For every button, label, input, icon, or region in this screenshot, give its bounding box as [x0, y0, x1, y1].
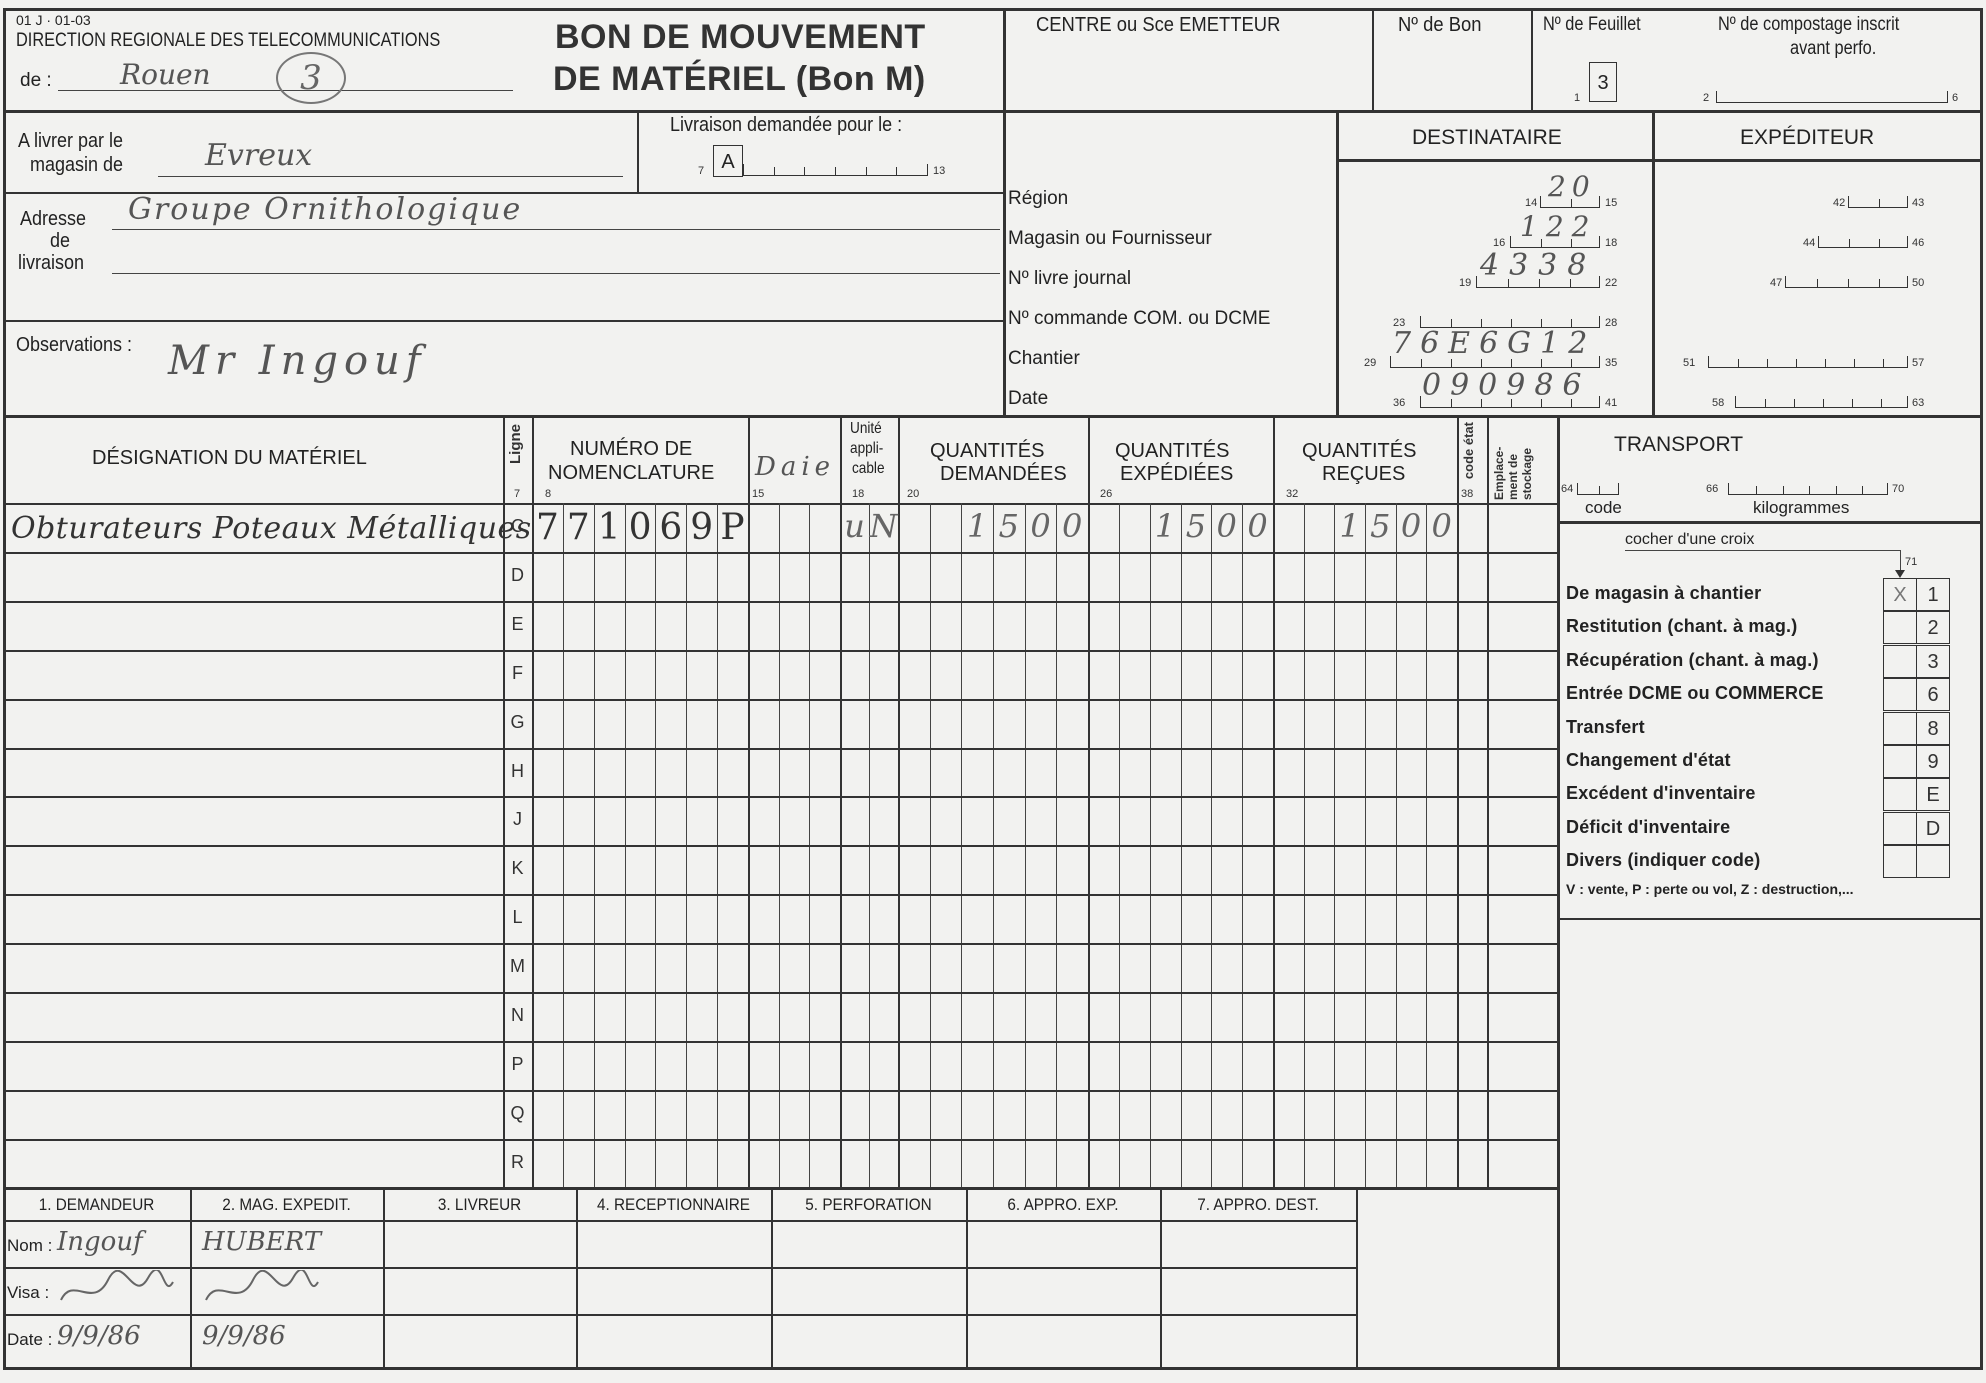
unite-cell[interactable]: [869, 605, 898, 648]
nomenclature-cell[interactable]: [563, 800, 594, 843]
nomenclature-cell[interactable]: [717, 800, 748, 843]
qte-recues-cell[interactable]: [1396, 556, 1427, 599]
signature-visa-field[interactable]: [391, 1270, 572, 1312]
col15-cell[interactable]: [779, 605, 810, 648]
col15-cell[interactable]: [779, 752, 810, 795]
qte-recues-cell[interactable]: [1396, 1045, 1427, 1088]
nomenclature-cell[interactable]: [594, 1045, 625, 1088]
qte-expediees-cell[interactable]: [1242, 1045, 1273, 1088]
qte-demandees-cell[interactable]: [898, 752, 930, 795]
code-etat-cell[interactable]: [1459, 603, 1486, 648]
qte-recues-cell[interactable]: [1365, 849, 1396, 892]
emplacement-cell[interactable]: [1489, 652, 1555, 697]
nomenclature-cell[interactable]: [594, 556, 625, 599]
unite-cell[interactable]: [869, 849, 898, 892]
col15-cell[interactable]: [748, 947, 779, 990]
col15-cell[interactable]: [748, 800, 779, 843]
livre-journal-exp-field[interactable]: [1785, 276, 1908, 288]
emplacement-cell[interactable]: [1489, 896, 1555, 941]
qte-expediees-cell[interactable]: 0: [1211, 507, 1242, 550]
designation-field[interactable]: [5, 896, 501, 941]
code-etat-cell[interactable]: [1459, 750, 1486, 795]
qte-expediees-cell[interactable]: [1242, 752, 1273, 795]
no-bon-field[interactable]: [1375, 40, 1529, 108]
qte-recues-cell[interactable]: [1334, 800, 1365, 843]
qte-demandees-cell[interactable]: [961, 654, 993, 697]
nomenclature-cell[interactable]: [686, 996, 717, 1039]
qte-expediees-cell[interactable]: [1181, 1143, 1212, 1186]
col15-cell[interactable]: [809, 556, 840, 599]
transport-option-checkbox[interactable]: [1883, 745, 1917, 778]
qte-demandees-cell[interactable]: [1025, 947, 1057, 990]
qte-recues-cell[interactable]: [1396, 605, 1427, 648]
qte-expediees-cell[interactable]: [1242, 654, 1273, 697]
signature-visa-field[interactable]: [779, 1270, 962, 1312]
qte-expediees-cell[interactable]: [1150, 654, 1181, 697]
signature-date-field[interactable]: [1168, 1317, 1352, 1359]
qte-demandees-cell[interactable]: [961, 1045, 993, 1088]
qte-expediees-cell[interactable]: [1150, 849, 1181, 892]
nomenclature-cell[interactable]: [655, 703, 686, 746]
nomenclature-cell[interactable]: [532, 752, 563, 795]
qte-demandees-cell[interactable]: [898, 1045, 930, 1088]
qte-recues-cell[interactable]: [1273, 1045, 1304, 1088]
qte-expediees-cell[interactable]: [1150, 1045, 1181, 1088]
nomenclature-cell[interactable]: [594, 898, 625, 941]
col15-cell[interactable]: [779, 703, 810, 746]
qte-expediees-cell[interactable]: [1088, 556, 1119, 599]
signature-date-field[interactable]: 9/9/86: [198, 1317, 379, 1359]
qte-demandees-cell[interactable]: [1025, 800, 1057, 843]
unite-cell[interactable]: N: [869, 507, 898, 550]
qte-recues-cell[interactable]: [1304, 556, 1335, 599]
nomenclature-cell[interactable]: [686, 752, 717, 795]
qte-expediees-cell[interactable]: [1211, 1094, 1242, 1137]
signature-visa-field[interactable]: [53, 1270, 186, 1312]
signature-visa-field[interactable]: [584, 1270, 767, 1312]
qte-demandees-cell[interactable]: [961, 556, 993, 599]
qte-recues-cell[interactable]: [1273, 1143, 1304, 1186]
nomenclature-cell[interactable]: [532, 703, 563, 746]
nomenclature-cell[interactable]: [625, 556, 656, 599]
qte-expediees-cell[interactable]: [1211, 1045, 1242, 1088]
nomenclature-cell[interactable]: [686, 654, 717, 697]
unite-cell[interactable]: [840, 1094, 869, 1137]
qte-expediees-cell[interactable]: [1181, 898, 1212, 941]
nomenclature-cell[interactable]: [594, 800, 625, 843]
code-etat-cell[interactable]: [1459, 847, 1486, 892]
nomenclature-cell[interactable]: [686, 947, 717, 990]
col15-cell[interactable]: [779, 898, 810, 941]
qte-recues-cell[interactable]: [1426, 703, 1457, 746]
nomenclature-cell[interactable]: [686, 605, 717, 648]
transport-option-checkbox[interactable]: [1883, 678, 1917, 711]
qte-recues-cell[interactable]: [1334, 947, 1365, 990]
nomenclature-cell[interactable]: [625, 849, 656, 892]
qte-expediees-cell[interactable]: 5: [1181, 507, 1212, 550]
transport-kg-field[interactable]: [1728, 483, 1888, 495]
signature-date-field[interactable]: [974, 1317, 1156, 1359]
qte-expediees-cell[interactable]: [1119, 1045, 1150, 1088]
col15-cell[interactable]: [748, 1094, 779, 1137]
qte-expediees-cell[interactable]: [1150, 556, 1181, 599]
nomenclature-cell[interactable]: [563, 1143, 594, 1186]
date-exp-field[interactable]: [1735, 396, 1908, 408]
qte-expediees-cell[interactable]: [1181, 996, 1212, 1039]
col15-cell[interactable]: [779, 507, 810, 550]
qte-demandees-cell[interactable]: [1056, 947, 1088, 990]
qte-expediees-cell[interactable]: [1211, 1143, 1242, 1186]
designation-field[interactable]: [5, 1092, 501, 1137]
nomenclature-cell[interactable]: [563, 1094, 594, 1137]
qte-demandees-cell[interactable]: [1025, 849, 1057, 892]
transport-option-checkbox[interactable]: [1883, 645, 1917, 678]
nomenclature-cell[interactable]: [655, 996, 686, 1039]
qte-recues-cell[interactable]: [1365, 898, 1396, 941]
emplacement-cell[interactable]: [1489, 945, 1555, 990]
qte-expediees-cell[interactable]: [1119, 898, 1150, 941]
nomenclature-cell[interactable]: [717, 898, 748, 941]
qte-demandees-cell[interactable]: [961, 849, 993, 892]
qte-recues-cell[interactable]: [1304, 507, 1335, 550]
qte-expediees-cell[interactable]: [1181, 605, 1212, 648]
nomenclature-cell[interactable]: [625, 703, 656, 746]
unite-cell[interactable]: [869, 654, 898, 697]
nomenclature-cell[interactable]: [532, 996, 563, 1039]
nomenclature-cell[interactable]: [563, 752, 594, 795]
qte-demandees-cell[interactable]: [993, 605, 1025, 648]
nomenclature-cell[interactable]: [686, 898, 717, 941]
col15-cell[interactable]: [809, 1094, 840, 1137]
qte-demandees-cell[interactable]: 0: [1056, 507, 1088, 550]
qte-demandees-cell[interactable]: [1025, 556, 1057, 599]
nomenclature-cell[interactable]: [686, 556, 717, 599]
nomenclature-cell[interactable]: [594, 1094, 625, 1137]
signature-date-field[interactable]: [391, 1317, 572, 1359]
nomenclature-cell[interactable]: P: [717, 507, 748, 550]
nomenclature-cell[interactable]: [563, 605, 594, 648]
magasin-exp-field[interactable]: [1818, 236, 1908, 248]
nomenclature-cell[interactable]: [532, 898, 563, 941]
col15-cell[interactable]: [779, 1143, 810, 1186]
qte-recues-cell[interactable]: [1365, 556, 1396, 599]
unite-cell[interactable]: [869, 1094, 898, 1137]
qte-expediees-cell[interactable]: [1211, 947, 1242, 990]
qte-expediees-cell[interactable]: [1088, 1143, 1119, 1186]
nomenclature-cell[interactable]: [625, 898, 656, 941]
unite-cell[interactable]: [869, 947, 898, 990]
nomenclature-cell[interactable]: [686, 849, 717, 892]
qte-demandees-cell[interactable]: [1056, 1143, 1088, 1186]
qte-demandees-cell[interactable]: [993, 996, 1025, 1039]
nomenclature-cell[interactable]: [717, 947, 748, 990]
qte-demandees-cell[interactable]: [1056, 605, 1088, 648]
nomenclature-cell[interactable]: [717, 1094, 748, 1137]
nomenclature-cell[interactable]: [532, 1045, 563, 1088]
qte-recues-cell[interactable]: [1273, 849, 1304, 892]
qte-recues-cell[interactable]: [1273, 654, 1304, 697]
qte-demandees-cell[interactable]: [930, 898, 962, 941]
designation-field[interactable]: [5, 1141, 501, 1186]
qte-recues-cell[interactable]: [1365, 605, 1396, 648]
qte-expediees-cell[interactable]: [1211, 654, 1242, 697]
nomenclature-cell[interactable]: [594, 703, 625, 746]
nomenclature-cell[interactable]: [625, 947, 656, 990]
qte-recues-cell[interactable]: [1273, 752, 1304, 795]
unite-cell[interactable]: [869, 996, 898, 1039]
qte-expediees-cell[interactable]: [1119, 947, 1150, 990]
qte-expediees-cell[interactable]: [1088, 605, 1119, 648]
signature-visa-field[interactable]: [1168, 1270, 1352, 1312]
nomenclature-cell[interactable]: [532, 654, 563, 697]
nomenclature-cell[interactable]: [563, 898, 594, 941]
nomenclature-cell[interactable]: [532, 849, 563, 892]
qte-recues-cell[interactable]: [1365, 1143, 1396, 1186]
qte-demandees-cell[interactable]: [1025, 703, 1057, 746]
unite-cell[interactable]: [840, 947, 869, 990]
de-field[interactable]: Rouen: [120, 58, 211, 91]
unite-cell[interactable]: [840, 996, 869, 1039]
qte-expediees-cell[interactable]: [1211, 849, 1242, 892]
col15-cell[interactable]: [809, 654, 840, 697]
signature-visa-field[interactable]: [198, 1270, 379, 1312]
qte-demandees-cell[interactable]: [961, 800, 993, 843]
qte-demandees-cell[interactable]: [993, 1094, 1025, 1137]
designation-field[interactable]: [5, 750, 501, 795]
nomenclature-cell[interactable]: [717, 1045, 748, 1088]
designation-field[interactable]: [5, 994, 501, 1039]
qte-demandees-cell[interactable]: [930, 849, 962, 892]
nomenclature-cell[interactable]: [717, 849, 748, 892]
nomenclature-cell[interactable]: [532, 800, 563, 843]
col15-cell[interactable]: [809, 507, 840, 550]
nomenclature-cell[interactable]: [532, 947, 563, 990]
nomenclature-cell[interactable]: [563, 947, 594, 990]
qte-demandees-cell[interactable]: [1025, 654, 1057, 697]
qte-demandees-cell[interactable]: [1056, 654, 1088, 697]
qte-demandees-cell[interactable]: [961, 996, 993, 1039]
col15-cell[interactable]: [748, 507, 779, 550]
qte-recues-cell[interactable]: [1304, 800, 1335, 843]
unite-cell[interactable]: [869, 703, 898, 746]
nomenclature-cell[interactable]: 1: [594, 507, 625, 550]
qte-demandees-cell[interactable]: [1056, 1045, 1088, 1088]
qte-expediees-cell[interactable]: 1: [1150, 507, 1181, 550]
qte-demandees-cell[interactable]: [898, 556, 930, 599]
qte-demandees-cell[interactable]: [1056, 849, 1088, 892]
qte-expediees-cell[interactable]: [1242, 800, 1273, 843]
qte-expediees-cell[interactable]: [1181, 1045, 1212, 1088]
unite-cell[interactable]: [840, 1143, 869, 1186]
qte-demandees-cell[interactable]: [1025, 1094, 1057, 1137]
emplacement-cell[interactable]: [1489, 847, 1555, 892]
qte-recues-cell[interactable]: [1304, 1045, 1335, 1088]
nomenclature-cell[interactable]: 7: [532, 507, 563, 550]
qte-recues-cell[interactable]: [1365, 703, 1396, 746]
nomenclature-cell[interactable]: [686, 1045, 717, 1088]
qte-demandees-cell[interactable]: [993, 1045, 1025, 1088]
emplacement-cell[interactable]: [1489, 798, 1555, 843]
code-etat-cell[interactable]: [1459, 554, 1486, 599]
qte-demandees-cell[interactable]: [993, 849, 1025, 892]
qte-demandees-cell[interactable]: [993, 898, 1025, 941]
nomenclature-cell[interactable]: [686, 703, 717, 746]
signature-nom-field[interactable]: [1168, 1223, 1352, 1265]
adresse-livraison-field[interactable]: Groupe Ornithologique: [128, 192, 522, 227]
nomenclature-cell[interactable]: [717, 556, 748, 599]
col15-cell[interactable]: [779, 654, 810, 697]
qte-recues-cell[interactable]: [1334, 1143, 1365, 1186]
nomenclature-cell[interactable]: [625, 605, 656, 648]
qte-demandees-cell[interactable]: [1025, 1143, 1057, 1186]
unite-cell[interactable]: [840, 556, 869, 599]
nomenclature-cell[interactable]: [563, 654, 594, 697]
nomenclature-cell[interactable]: [594, 605, 625, 648]
col15-cell[interactable]: [779, 1094, 810, 1137]
qte-demandees-cell[interactable]: [1056, 800, 1088, 843]
signature-date-field[interactable]: [779, 1317, 962, 1359]
qte-expediees-cell[interactable]: [1242, 898, 1273, 941]
qte-recues-cell[interactable]: [1426, 752, 1457, 795]
qte-recues-cell[interactable]: [1273, 605, 1304, 648]
qte-demandees-cell[interactable]: [1025, 898, 1057, 941]
transport-option-checkbox[interactable]: [1883, 778, 1917, 811]
qte-demandees-cell[interactable]: [898, 1143, 930, 1186]
nomenclature-cell[interactable]: [717, 605, 748, 648]
qte-expediees-cell[interactable]: [1119, 752, 1150, 795]
col15-cell[interactable]: [779, 556, 810, 599]
qte-expediees-cell[interactable]: [1242, 947, 1273, 990]
nomenclature-cell[interactable]: [655, 1094, 686, 1137]
qte-recues-cell[interactable]: [1426, 996, 1457, 1039]
qte-demandees-cell[interactable]: [930, 800, 962, 843]
qte-recues-cell[interactable]: [1334, 752, 1365, 795]
qte-demandees-cell[interactable]: [898, 703, 930, 746]
nomenclature-cell[interactable]: 6: [655, 507, 686, 550]
qte-demandees-cell[interactable]: [993, 1143, 1025, 1186]
col15-cell[interactable]: [779, 996, 810, 1039]
qte-expediees-cell[interactable]: [1088, 752, 1119, 795]
qte-expediees-cell[interactable]: [1150, 1143, 1181, 1186]
qte-demandees-cell[interactable]: [1025, 752, 1057, 795]
unite-cell[interactable]: u: [840, 507, 869, 550]
centre-emetteur-field[interactable]: [1006, 40, 1370, 108]
qte-demandees-cell[interactable]: [898, 507, 930, 550]
nomenclature-cell[interactable]: [655, 947, 686, 990]
code-etat-cell[interactable]: [1459, 896, 1486, 941]
qte-demandees-cell[interactable]: [930, 947, 962, 990]
qte-recues-cell[interactable]: [1426, 1143, 1457, 1186]
qte-demandees-cell[interactable]: [898, 996, 930, 1039]
qte-demandees-cell[interactable]: [1025, 996, 1057, 1039]
qte-demandees-cell[interactable]: [961, 947, 993, 990]
col15-cell[interactable]: [748, 654, 779, 697]
qte-expediees-cell[interactable]: [1150, 996, 1181, 1039]
col15-cell[interactable]: [779, 947, 810, 990]
signature-visa-field[interactable]: [974, 1270, 1156, 1312]
qte-expediees-cell[interactable]: [1119, 849, 1150, 892]
col15-cell[interactable]: [809, 752, 840, 795]
nomenclature-cell[interactable]: [532, 1094, 563, 1137]
qte-expediees-cell[interactable]: [1181, 1094, 1212, 1137]
qte-recues-cell[interactable]: [1426, 849, 1457, 892]
nomenclature-cell[interactable]: [563, 1045, 594, 1088]
col15-cell[interactable]: [748, 996, 779, 1039]
col15-cell[interactable]: [779, 800, 810, 843]
transport-option-checkbox[interactable]: [1883, 611, 1917, 644]
qte-recues-cell[interactable]: [1396, 654, 1427, 697]
qte-recues-cell[interactable]: [1304, 849, 1335, 892]
feuillet-field[interactable]: 3: [1589, 62, 1617, 102]
qte-demandees-cell[interactable]: [1056, 1094, 1088, 1137]
unite-cell[interactable]: [840, 800, 869, 843]
nomenclature-cell[interactable]: [563, 849, 594, 892]
qte-expediees-cell[interactable]: [1211, 800, 1242, 843]
qte-expediees-cell[interactable]: [1088, 800, 1119, 843]
qte-recues-cell[interactable]: 0: [1396, 507, 1427, 550]
qte-demandees-cell[interactable]: [898, 800, 930, 843]
col15-cell[interactable]: [748, 752, 779, 795]
livrer-magasin-field[interactable]: Evreux: [205, 138, 312, 173]
qte-recues-cell[interactable]: [1426, 947, 1457, 990]
qte-demandees-cell[interactable]: [1025, 605, 1057, 648]
nomenclature-cell[interactable]: 7: [563, 507, 594, 550]
qte-expediees-cell[interactable]: [1181, 654, 1212, 697]
qte-expediees-cell[interactable]: [1119, 1094, 1150, 1137]
nomenclature-cell[interactable]: [625, 1045, 656, 1088]
qte-recues-cell[interactable]: 1: [1334, 507, 1365, 550]
qte-expediees-cell[interactable]: [1150, 947, 1181, 990]
qte-expediees-cell[interactable]: [1119, 800, 1150, 843]
qte-recues-cell[interactable]: [1426, 556, 1457, 599]
nomenclature-cell[interactable]: [594, 849, 625, 892]
transport-option-checkbox[interactable]: [1883, 812, 1917, 845]
qte-demandees-cell[interactable]: [930, 703, 962, 746]
nomenclature-cell[interactable]: [625, 1143, 656, 1186]
qte-expediees-cell[interactable]: [1119, 996, 1150, 1039]
code-etat-cell[interactable]: [1459, 701, 1486, 746]
qte-recues-cell[interactable]: 5: [1365, 507, 1396, 550]
qte-expediees-cell[interactable]: [1150, 605, 1181, 648]
qte-demandees-cell[interactable]: 0: [1025, 507, 1057, 550]
emplacement-cell[interactable]: [1489, 1141, 1555, 1186]
qte-expediees-cell[interactable]: [1181, 800, 1212, 843]
col15-cell[interactable]: [809, 898, 840, 941]
qte-expediees-cell[interactable]: [1211, 556, 1242, 599]
qte-recues-cell[interactable]: [1273, 898, 1304, 941]
qte-recues-cell[interactable]: [1426, 605, 1457, 648]
signature-date-field[interactable]: [584, 1317, 767, 1359]
col15-cell[interactable]: [748, 605, 779, 648]
qte-expediees-cell[interactable]: [1119, 605, 1150, 648]
qte-recues-cell[interactable]: [1304, 996, 1335, 1039]
transport-code-field[interactable]: [1577, 483, 1619, 495]
nomenclature-cell[interactable]: [532, 1143, 563, 1186]
qte-demandees-cell[interactable]: [898, 849, 930, 892]
qte-expediees-cell[interactable]: [1119, 654, 1150, 697]
qte-expediees-cell[interactable]: [1119, 1143, 1150, 1186]
qte-expediees-cell[interactable]: [1119, 703, 1150, 746]
col15-cell[interactable]: [748, 849, 779, 892]
nomenclature-cell[interactable]: [717, 1143, 748, 1186]
nomenclature-cell[interactable]: [686, 800, 717, 843]
nomenclature-cell[interactable]: [625, 996, 656, 1039]
designation-field[interactable]: [5, 652, 501, 697]
code-etat-cell[interactable]: [1459, 994, 1486, 1039]
signature-date-field[interactable]: 9/9/86: [53, 1317, 186, 1359]
nomenclature-cell[interactable]: [563, 556, 594, 599]
nomenclature-cell[interactable]: [686, 1143, 717, 1186]
